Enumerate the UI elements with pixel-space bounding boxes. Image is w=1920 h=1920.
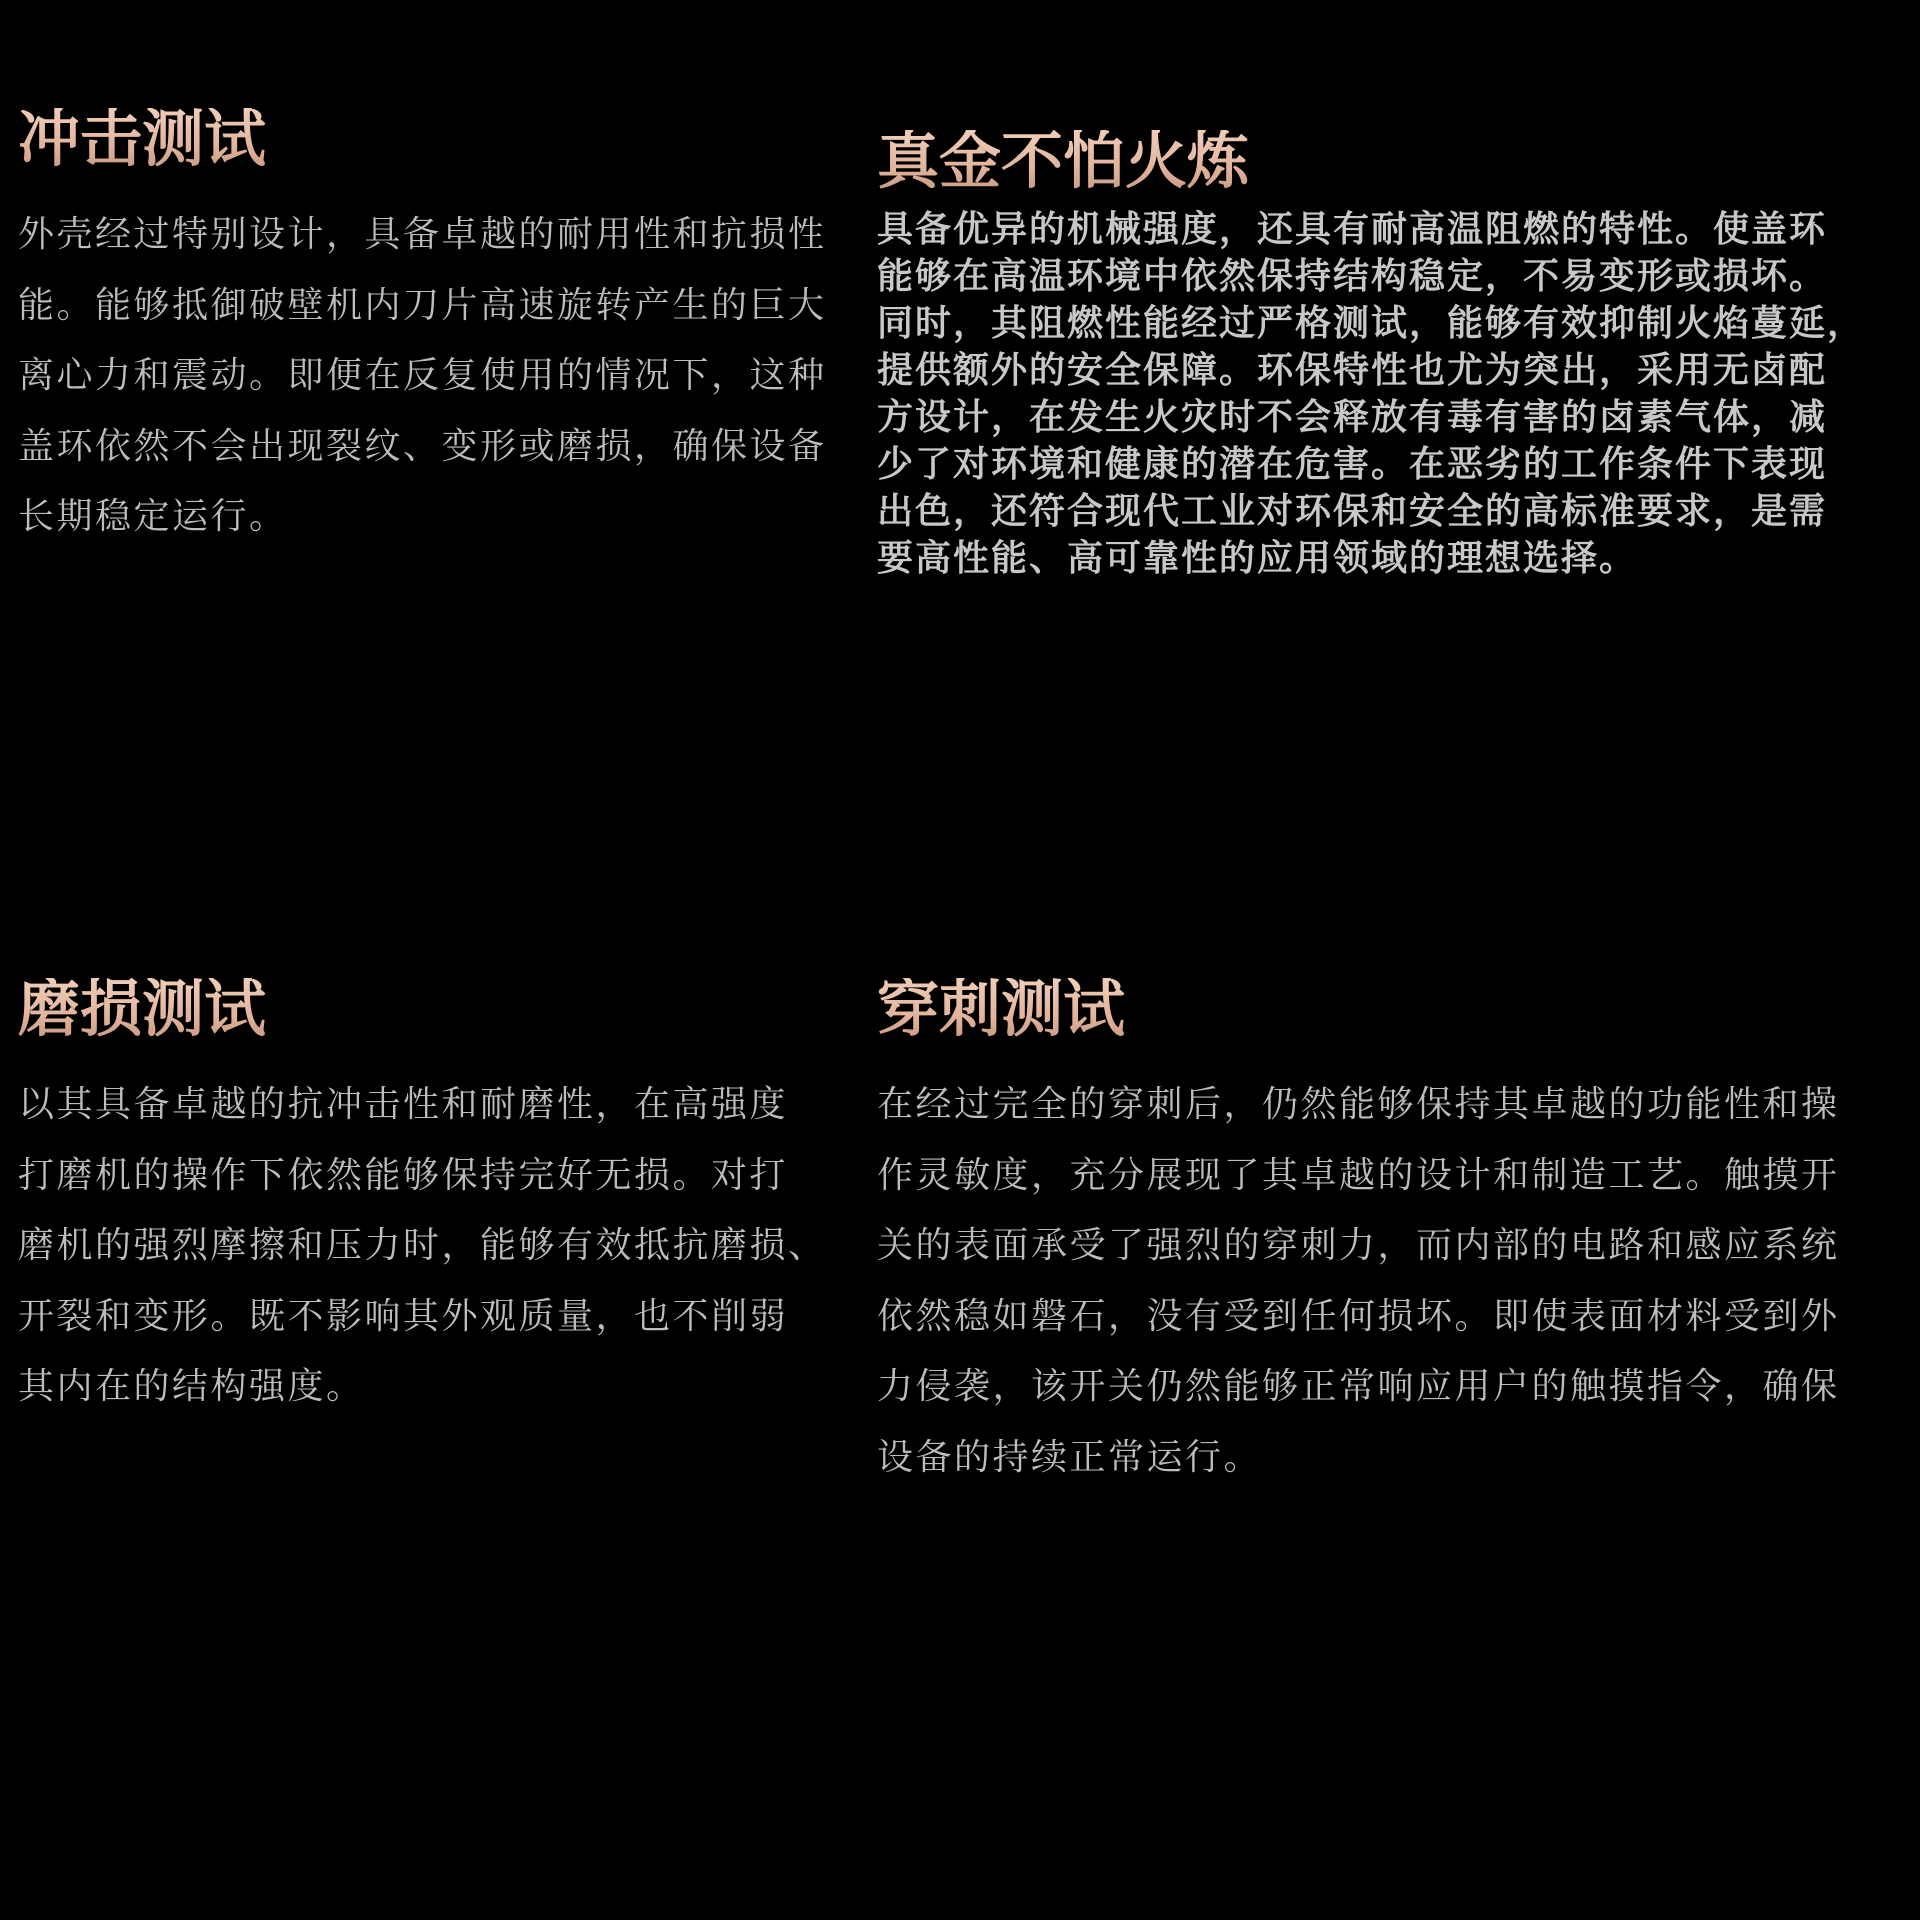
abrasion-line-1: 以其具备卓越的抗冲击性和耐磨性，在高强度 [18,1070,844,1141]
abrasion-line-4: 开裂和变形。既不影响其外观质量，也不削弱 [18,1282,844,1353]
puncture-test-title: 穿刺测试 [877,978,1857,1040]
impact-line-1: 外壳经过特别设计，具备卓越的耐用性和抗损性 [18,200,844,271]
puncture-line-5: 力侵袭，该开关仍然能够正常响应用户的触摸指令，确保 [877,1352,1857,1423]
abrasion-line-2: 打磨机的操作下依然能够保持完好无损。对打 [18,1141,844,1212]
puncture-test-description: 在经过完全的穿刺后，仍然能够保持其卓越的功能性和操 作灵敏度，充分展现了其卓越的… [877,1070,1857,1493]
puncture-line-2: 作灵敏度，充分展现了其卓越的设计和制造工艺。触摸开 [877,1141,1857,1212]
fire-line-4: 提供额外的安全保障。环保特性也尤为突出，采用无卤配 [877,347,1867,394]
fire-line-5: 方设计，在发生火灾时不会释放有毒有害的卤素气体，减 [877,394,1867,441]
impact-test-section: 冲击测试 外壳经过特别设计，具备卓越的耐用性和抗损性 能。能够抵御破壁机内刀片高… [18,108,844,553]
fire-resistance-title: 真金不怕火炼 [877,130,1867,192]
impact-line-3: 离心力和震动。即便在反复使用的情况下，这种 [18,341,844,412]
abrasion-line-3: 磨机的强烈摩擦和压力时，能够有效抵抗磨损、 [18,1211,844,1282]
fire-resistance-section: 真金不怕火炼 具备优异的机械强度，还具有耐高温阻燃的特性。使盖环 能够在高温环境… [877,130,1867,582]
fire-line-7: 出色，还符合现代工业对环保和安全的高标准要求，是需 [877,488,1867,535]
abrasion-test-section: 磨损测试 以其具备卓越的抗冲击性和耐磨性，在高强度 打磨机的操作下依然能够保持完… [18,978,844,1423]
fire-line-2: 能够在高温环境中依然保持结构稳定，不易变形或损坏。 [877,253,1867,300]
impact-line-2: 能。能够抵御破壁机内刀片高速旋转产生的巨大 [18,271,844,342]
puncture-line-3: 关的表面承受了强烈的穿刺力，而内部的电路和感应系统 [877,1211,1857,1282]
impact-line-4: 盖环依然不会出现裂纹、变形或磨损，确保设备 [18,412,844,483]
puncture-line-4: 依然稳如磐石，没有受到任何损坏。即使表面材料受到外 [877,1282,1857,1353]
puncture-test-section: 穿刺测试 在经过完全的穿刺后，仍然能够保持其卓越的功能性和操 作灵敏度，充分展现… [877,978,1857,1493]
impact-test-description: 外壳经过特别设计，具备卓越的耐用性和抗损性 能。能够抵御破壁机内刀片高速旋转产生… [18,200,844,553]
fire-line-1: 具备优异的机械强度，还具有耐高温阻燃的特性。使盖环 [877,206,1867,253]
impact-line-5: 长期稳定运行。 [18,482,844,553]
fire-line-6: 少了对环境和健康的潜在危害。在恶劣的工作条件下表现 [877,441,1867,488]
fire-line-8: 要高性能、高可靠性的应用领域的理想选择。 [877,535,1867,582]
fire-resistance-description: 具备优异的机械强度，还具有耐高温阻燃的特性。使盖环 能够在高温环境中依然保持结构… [877,206,1867,582]
abrasion-test-description: 以其具备卓越的抗冲击性和耐磨性，在高强度 打磨机的操作下依然能够保持完好无损。对… [18,1070,844,1423]
abrasion-line-5: 其内在的结构强度。 [18,1352,844,1423]
abrasion-test-title: 磨损测试 [18,978,844,1040]
puncture-line-6: 设备的持续正常运行。 [877,1423,1857,1494]
puncture-line-1: 在经过完全的穿刺后，仍然能够保持其卓越的功能性和操 [877,1070,1857,1141]
fire-line-3: 同时，其阻燃性能经过严格测试，能够有效抑制火焰蔓延， [877,300,1867,347]
impact-test-title: 冲击测试 [18,108,844,170]
